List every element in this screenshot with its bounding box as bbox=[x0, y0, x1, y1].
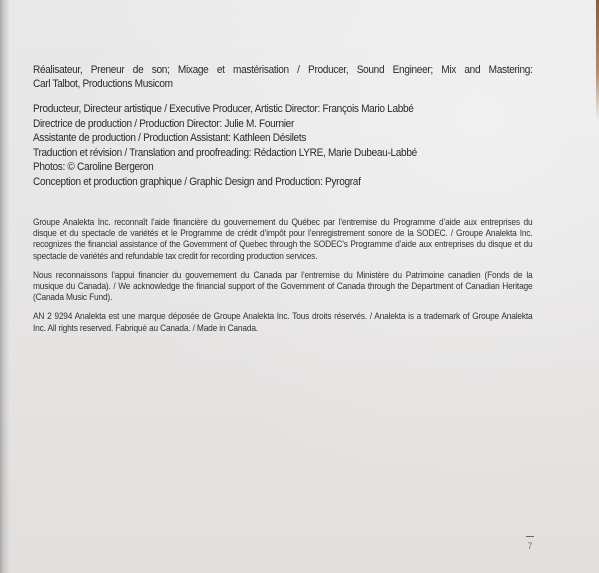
credit-producer-engineer-name: Carl Talbot, Productions Musicom bbox=[33, 77, 533, 91]
booklet-page: Réalisateur, Preneur de son; Mixage et m… bbox=[0, 0, 599, 573]
page-number: 7 bbox=[523, 536, 537, 551]
page-number-text: 7 bbox=[527, 541, 532, 551]
credit-line: Photos: © Caroline Bergeron bbox=[33, 160, 417, 175]
legal-notices: Groupe Analekta Inc. reconnaît l’aide fi… bbox=[33, 217, 533, 342]
legal-paragraph-quebec: Groupe Analekta Inc. reconnaît l’aide fi… bbox=[33, 217, 533, 262]
credits-list: Producteur, Directeur artistique / Execu… bbox=[33, 102, 417, 190]
credit-line: Directrice de production / Production Di… bbox=[33, 117, 417, 132]
page-number-rule bbox=[526, 536, 534, 537]
credit-line: Traduction et révision / Translation and… bbox=[33, 146, 417, 161]
legal-paragraph-trademark: AN 2 9294 Analekta est une marque déposé… bbox=[33, 311, 533, 333]
credits-header: Réalisateur, Preneur de son; Mixage et m… bbox=[33, 63, 533, 91]
credit-line: Assistante de production / Production As… bbox=[33, 131, 417, 146]
credit-line: Conception et production graphique / Gra… bbox=[33, 175, 417, 190]
credit-producer-engineer: Réalisateur, Preneur de son; Mixage et m… bbox=[33, 63, 533, 77]
credit-line: Producteur, Directeur artistique / Execu… bbox=[33, 102, 417, 117]
legal-paragraph-canada: Nous reconnaissons l’appui financier du … bbox=[33, 270, 533, 304]
binding-shadow bbox=[0, 0, 10, 573]
